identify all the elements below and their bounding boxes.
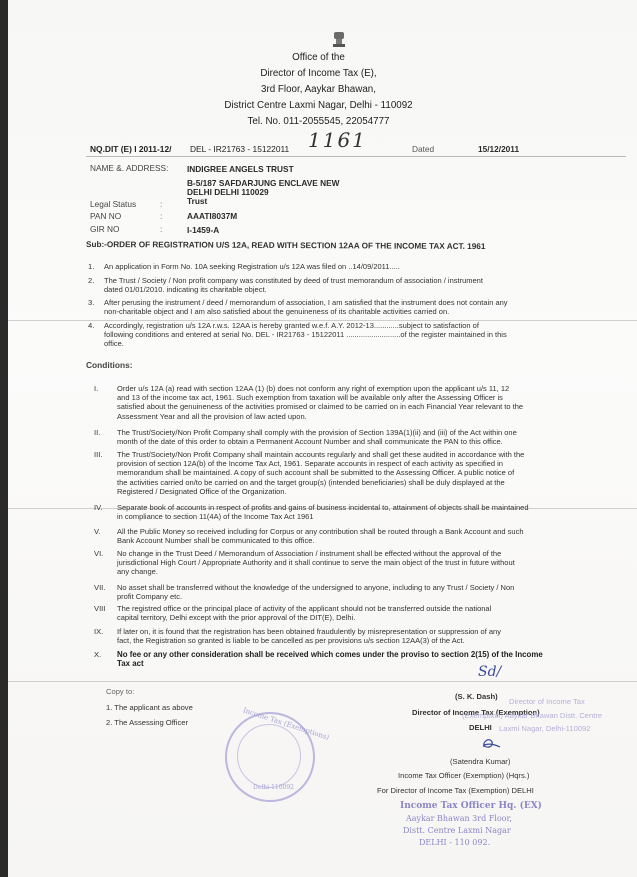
separator: : bbox=[160, 211, 162, 221]
handwritten-number: 1161 bbox=[308, 128, 367, 152]
item-text-line: If later on, it is found that the regist… bbox=[117, 627, 617, 636]
item-text-line: memorandum shall be maintained. A copy o… bbox=[117, 468, 617, 477]
official-seal: Income Tax (Exemptions) Delhi-110092 bbox=[225, 712, 315, 802]
item-text-line: An application in Form No. 10A seeking R… bbox=[104, 262, 624, 271]
item-number: III. bbox=[94, 450, 102, 459]
item-text-line: Assessment Year and all the provision of… bbox=[117, 412, 617, 421]
letterhead-line: Office of the bbox=[0, 52, 637, 63]
director-stamp: Laxmi Nagar, Delhi-110092 bbox=[499, 724, 590, 733]
item-number: IV. bbox=[94, 503, 103, 512]
item-text-line: Order u/s 12A (a) read with section 12AA… bbox=[117, 384, 617, 393]
item-text-line: The Trust / Society / Non profit company… bbox=[104, 276, 624, 285]
registration-number: DEL - IR21763 - 15122011 bbox=[190, 144, 289, 154]
item-text-line: following conditions and entered at seri… bbox=[104, 330, 624, 339]
for-director-line: For Director of Income Tax (Exemption) D… bbox=[377, 786, 534, 795]
item-text-line: Bank Account Number shall be communicate… bbox=[117, 536, 617, 545]
legal-status-label: Legal Status bbox=[90, 199, 136, 209]
item-text-line: After perusing the instrument / deed / m… bbox=[104, 298, 624, 307]
director-stamp: (Exemption) Aaykar Bhawan Distt. Centre bbox=[462, 711, 602, 720]
subject-line: Sub:-ORDER OF REGISTRATION U/S 12A, READ… bbox=[86, 240, 485, 251]
ito-stamp: Aaykar Bhawan 3rd Floor, bbox=[406, 814, 512, 823]
item-number: 3. bbox=[88, 298, 94, 307]
item-text-line: All the Public Money so received includi… bbox=[117, 527, 617, 536]
name-address-label: NAME &. ADDRESS: bbox=[90, 163, 168, 173]
letterhead-line: Tel. No. 011-2055545, 22054777 bbox=[0, 116, 637, 127]
signature-mark bbox=[480, 735, 502, 751]
item-text-line: fact, the Registration so granted is lia… bbox=[117, 636, 617, 645]
director-stamp: Director of Income Tax bbox=[509, 697, 585, 706]
item-text-line: month of the date of this order to obtai… bbox=[117, 437, 617, 446]
ito-stamp: DELHI - 110 092. bbox=[419, 838, 490, 847]
item-text-line: in compliance to section 11(4A) of the I… bbox=[117, 512, 617, 521]
item-text-line: the activities carried on/to be carried … bbox=[117, 478, 617, 487]
signatory-designation: Income Tax Officer (Exemption) (Hqrs.) bbox=[398, 771, 529, 780]
conditions-heading: Conditions: bbox=[86, 360, 133, 370]
item-number: VIII bbox=[94, 604, 105, 613]
item-number: 2. bbox=[88, 276, 94, 285]
scan-edge bbox=[0, 0, 8, 877]
copy-to-heading: Copy to: bbox=[106, 687, 134, 696]
item-text-line: satisfied about the genuineness of the a… bbox=[117, 402, 617, 411]
fold-line bbox=[8, 681, 637, 682]
item-number: 1. bbox=[88, 262, 94, 271]
item-text-line: The registred office or the principal pl… bbox=[117, 604, 617, 613]
separator: : bbox=[160, 224, 162, 234]
item-text-line: No change in the Trust Deed / Memorandum… bbox=[117, 549, 617, 558]
item-text-line: dated 01/01/2010. indicating its charita… bbox=[104, 285, 624, 294]
item-text-line: No fee or any other consideration shall … bbox=[117, 650, 617, 659]
legal-status-value: Trust bbox=[187, 196, 207, 206]
item-number: V. bbox=[94, 527, 100, 536]
seal-text: Delhi-110092 bbox=[253, 784, 294, 791]
letterhead-line: 3rd Floor, Aaykar Bhawan, bbox=[0, 84, 637, 95]
gir-label: GIR NO bbox=[90, 224, 120, 234]
letterhead-line: Director of Income Tax (E), bbox=[0, 68, 637, 79]
item-text-line: Registered / Designated Office of the Or… bbox=[117, 487, 617, 496]
item-number: IX. bbox=[94, 627, 103, 636]
copy-to-item: 2. The Assessing Officer bbox=[106, 718, 188, 727]
signatory-name: (Satendra Kumar) bbox=[450, 757, 510, 766]
document-page: Office of the Director of Income Tax (E)… bbox=[0, 0, 637, 877]
letterhead-line: District Centre Laxmi Nagar, Delhi - 110… bbox=[0, 100, 637, 111]
national-emblem-icon bbox=[332, 30, 346, 48]
gir-value: I-1459-A bbox=[187, 225, 219, 235]
reference-underline bbox=[86, 156, 626, 157]
item-text-line: provision of section 12A(b) of the Incom… bbox=[117, 459, 617, 468]
ito-stamp: Income Tax Officer Hq. (EX) bbox=[400, 801, 542, 811]
signatory-place: DELHI bbox=[469, 723, 492, 732]
item-text-line: capital territory, Delhi except with the… bbox=[117, 613, 617, 622]
item-number: VI. bbox=[94, 549, 103, 558]
item-number: II. bbox=[94, 428, 100, 437]
item-text-line: office. bbox=[104, 339, 624, 348]
item-text-line: jurisdictional High Court / Appropriate … bbox=[117, 558, 617, 567]
seal-emblem bbox=[237, 724, 301, 788]
item-text-line: No asset shall be transferred without th… bbox=[117, 583, 617, 592]
item-text-line: Accordingly, registration u/s 12A r.w.s.… bbox=[104, 321, 624, 330]
order-date: 15/12/2011 bbox=[478, 144, 519, 154]
item-text-line: Separate book of accounts in respect of … bbox=[117, 503, 617, 512]
item-number: 4. bbox=[88, 321, 94, 330]
item-text-line: profit Company etc. bbox=[117, 592, 617, 601]
item-text-line: and 13 of the income tax act, 1961. Such… bbox=[117, 393, 617, 402]
item-text-line: The Trust/Society/Non Profit Company sha… bbox=[117, 450, 617, 459]
item-text-line: any change. bbox=[117, 567, 617, 576]
dated-label: Dated bbox=[412, 144, 434, 154]
pan-label: PAN NO bbox=[90, 211, 121, 221]
pan-value: AAATI8037M bbox=[187, 211, 237, 221]
separator: : bbox=[160, 199, 162, 209]
trust-name: INDIGREE ANGELS TRUST bbox=[187, 164, 294, 174]
item-text-line: non-charitable object and I am also sati… bbox=[104, 307, 624, 316]
item-number: X. bbox=[94, 650, 101, 659]
item-number: I. bbox=[94, 384, 98, 393]
item-text-line: The Trust/Society/Non Profit Company sha… bbox=[117, 428, 617, 437]
item-number: VII. bbox=[94, 583, 105, 592]
signatory-name: (S. K. Dash) bbox=[455, 692, 498, 701]
ito-stamp: Distt. Centre Laxmi Nagar bbox=[403, 826, 511, 835]
item-text-line: Tax act bbox=[117, 659, 617, 668]
copy-to-item: 1. The applicant as above bbox=[106, 703, 193, 712]
file-number: NQ.DIT (E) I 2011-12/ bbox=[90, 144, 171, 154]
